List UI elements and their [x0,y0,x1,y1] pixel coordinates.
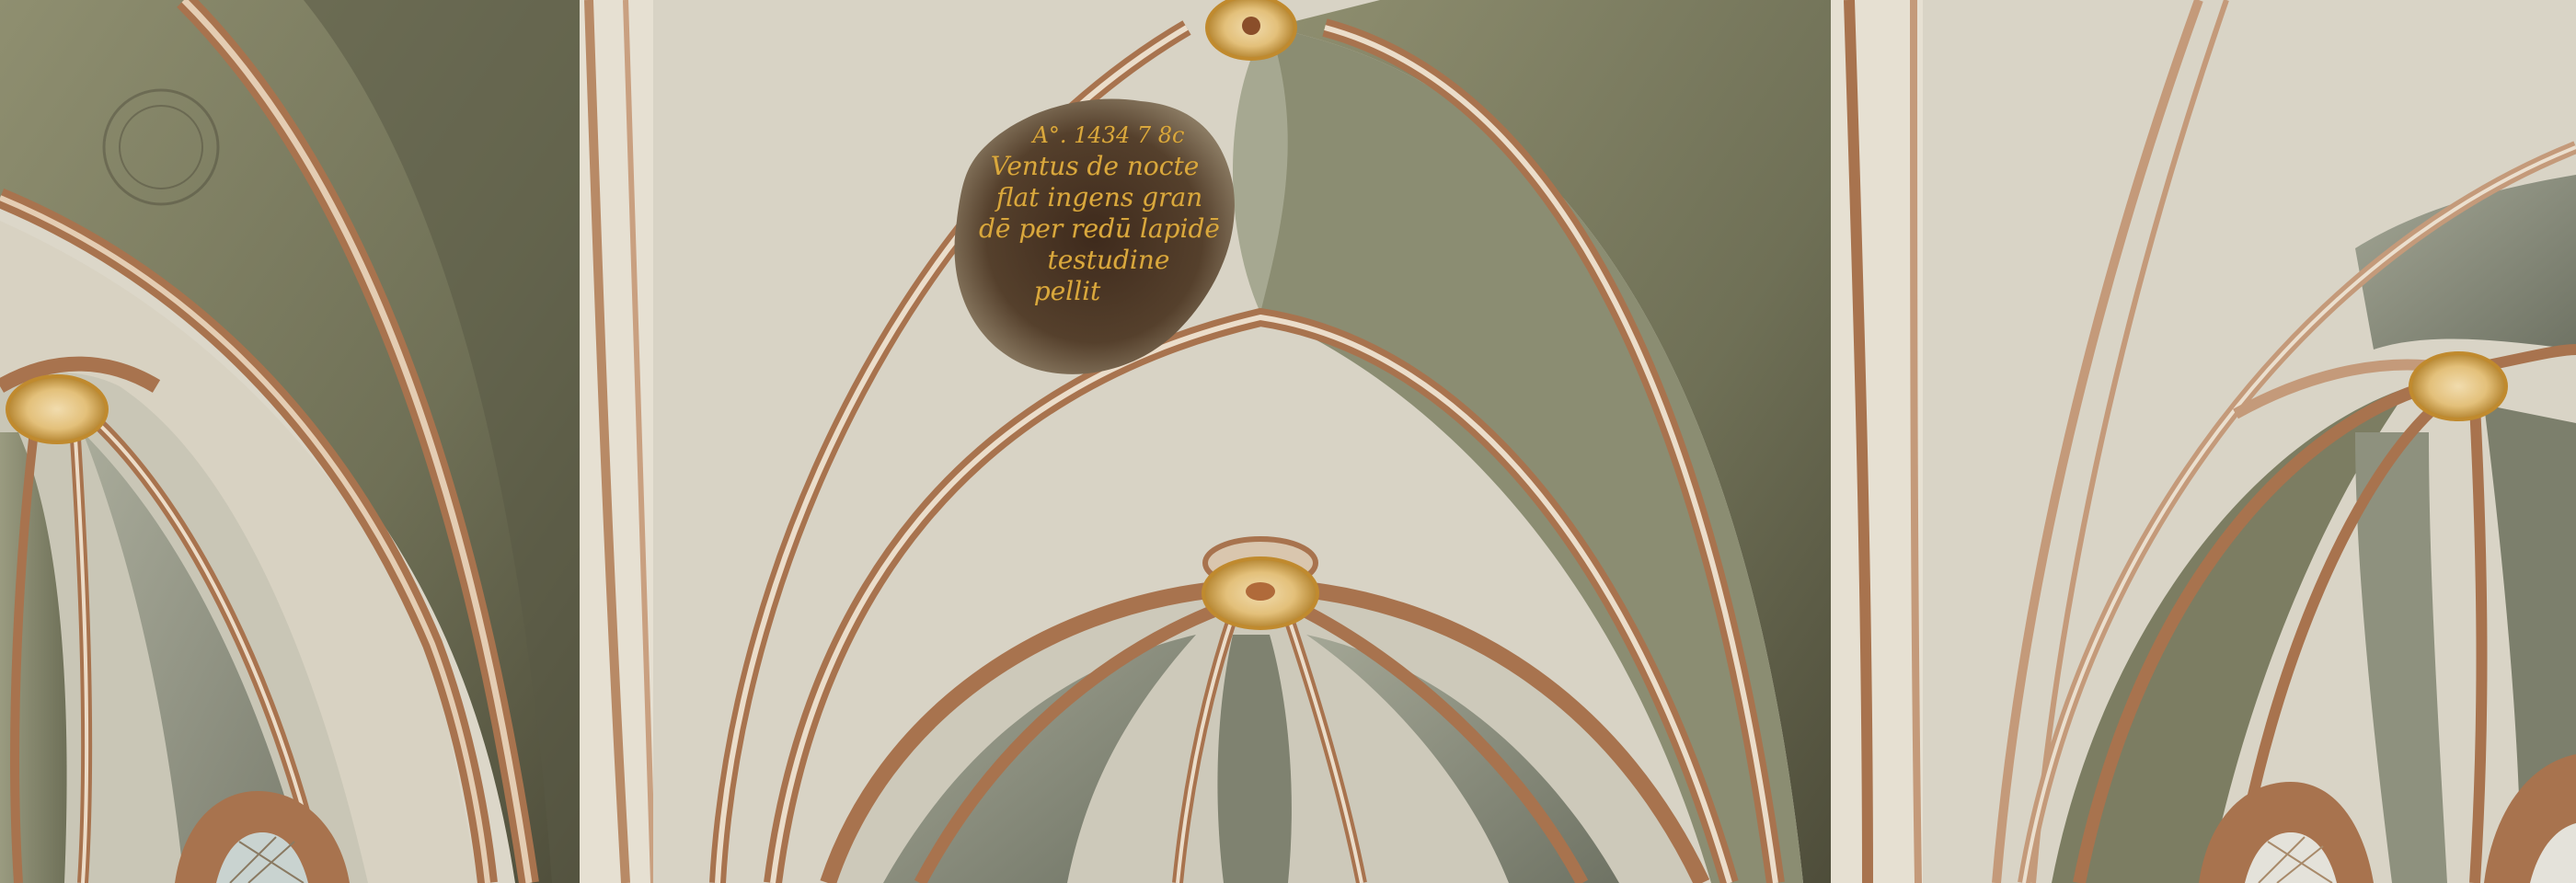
left-bay [0,0,589,883]
center-bay [653,0,1831,883]
roof-boss-top-center [1207,0,1295,59]
right-pier [1831,0,1923,883]
roof-boss-right [2410,353,2506,419]
left-pier [580,0,653,883]
right-bay [1923,0,2576,883]
roof-boss-left [7,376,107,442]
roof-boss-center [1203,558,1317,628]
vaulted-ceiling-painting [0,0,2576,883]
